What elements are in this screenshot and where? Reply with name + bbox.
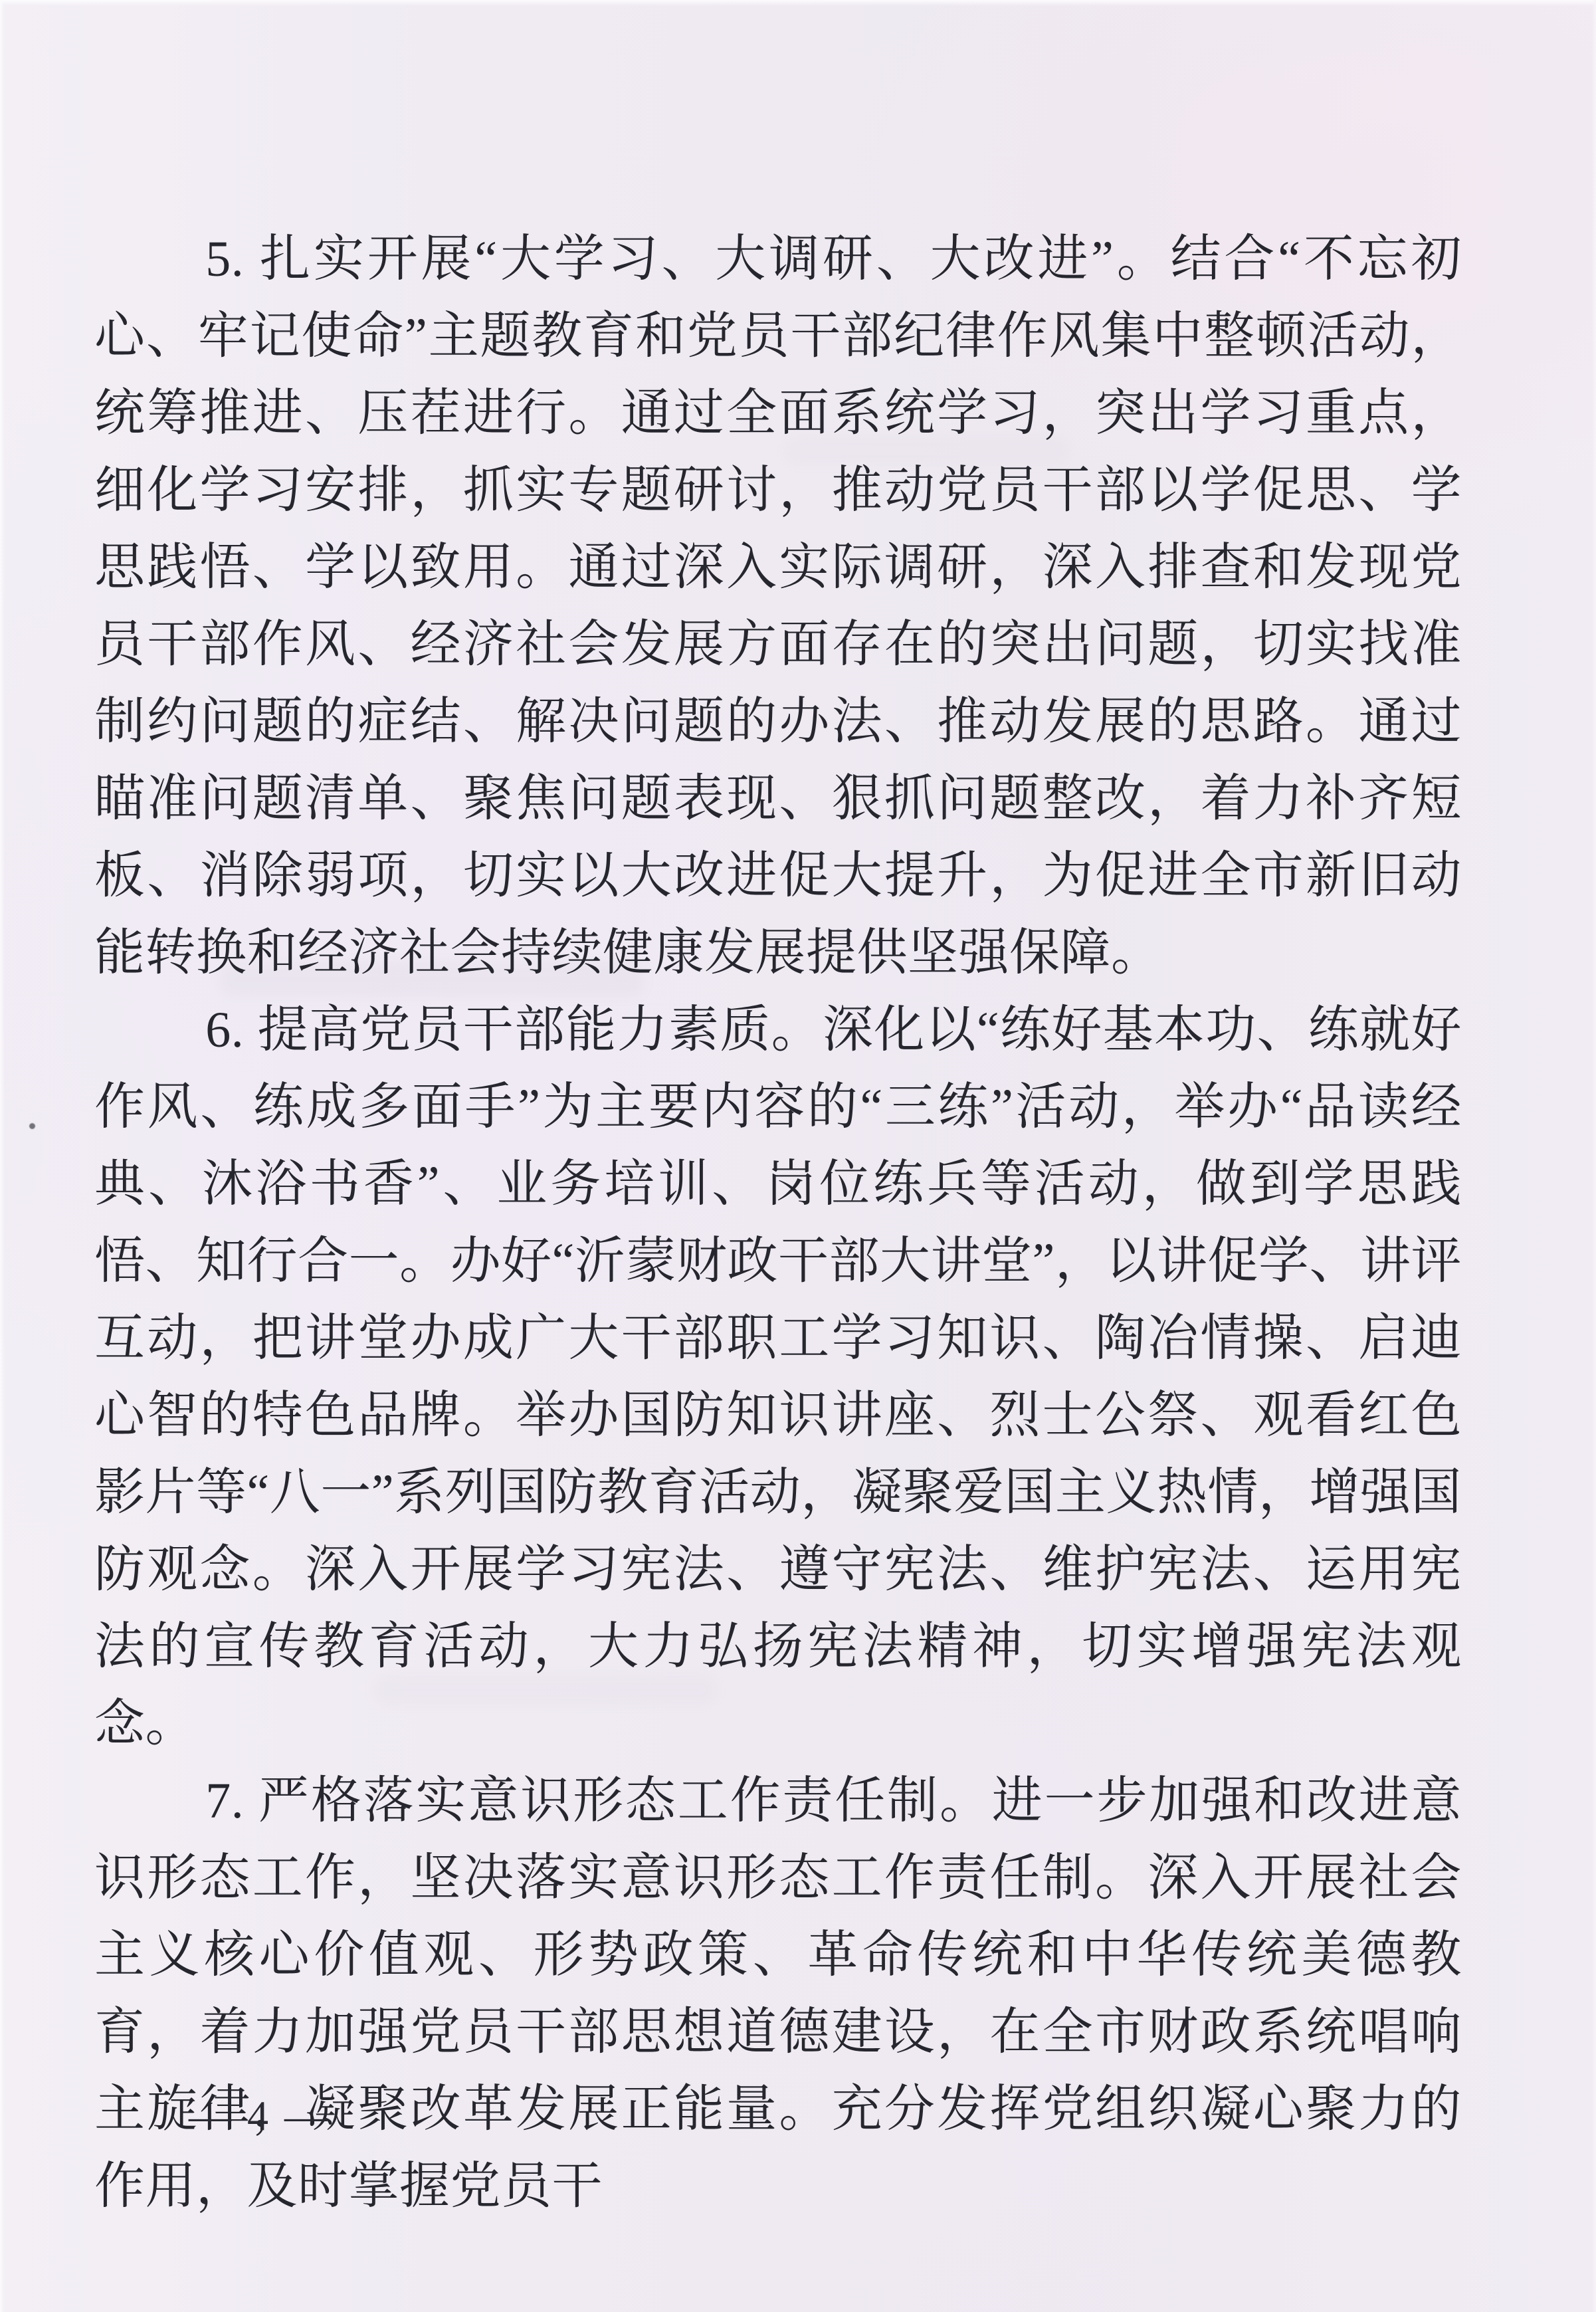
paragraph: 7. 严格落实意识形态工作责任制。进一步加强和改进意识形态工作，坚决落实意识形态… xyxy=(94,1762,1462,2225)
scan-edge-top xyxy=(0,0,1596,6)
page-number: — 4 — xyxy=(189,2095,330,2137)
scan-edge-left xyxy=(0,0,5,2312)
scan-speck xyxy=(29,1123,35,1129)
paragraph: 6. 提高党员干部能力素质。深化以“练好基本功、练就好作风、练成多面手”为主要内… xyxy=(94,992,1462,1762)
document-page: 5. 扎实开展“大学习、大调研、大改进”。结合“不忘初心、牢记使命”主题教育和党… xyxy=(0,0,1596,2312)
paragraph: 5. 扎实开展“大学习、大调研、大改进”。结合“不忘初心、牢记使命”主题教育和党… xyxy=(94,221,1462,992)
document-body-text: 5. 扎实开展“大学习、大调研、大改进”。结合“不忘初心、牢记使命”主题教育和党… xyxy=(94,221,1462,2225)
scan-edge-right xyxy=(1592,0,1596,2312)
